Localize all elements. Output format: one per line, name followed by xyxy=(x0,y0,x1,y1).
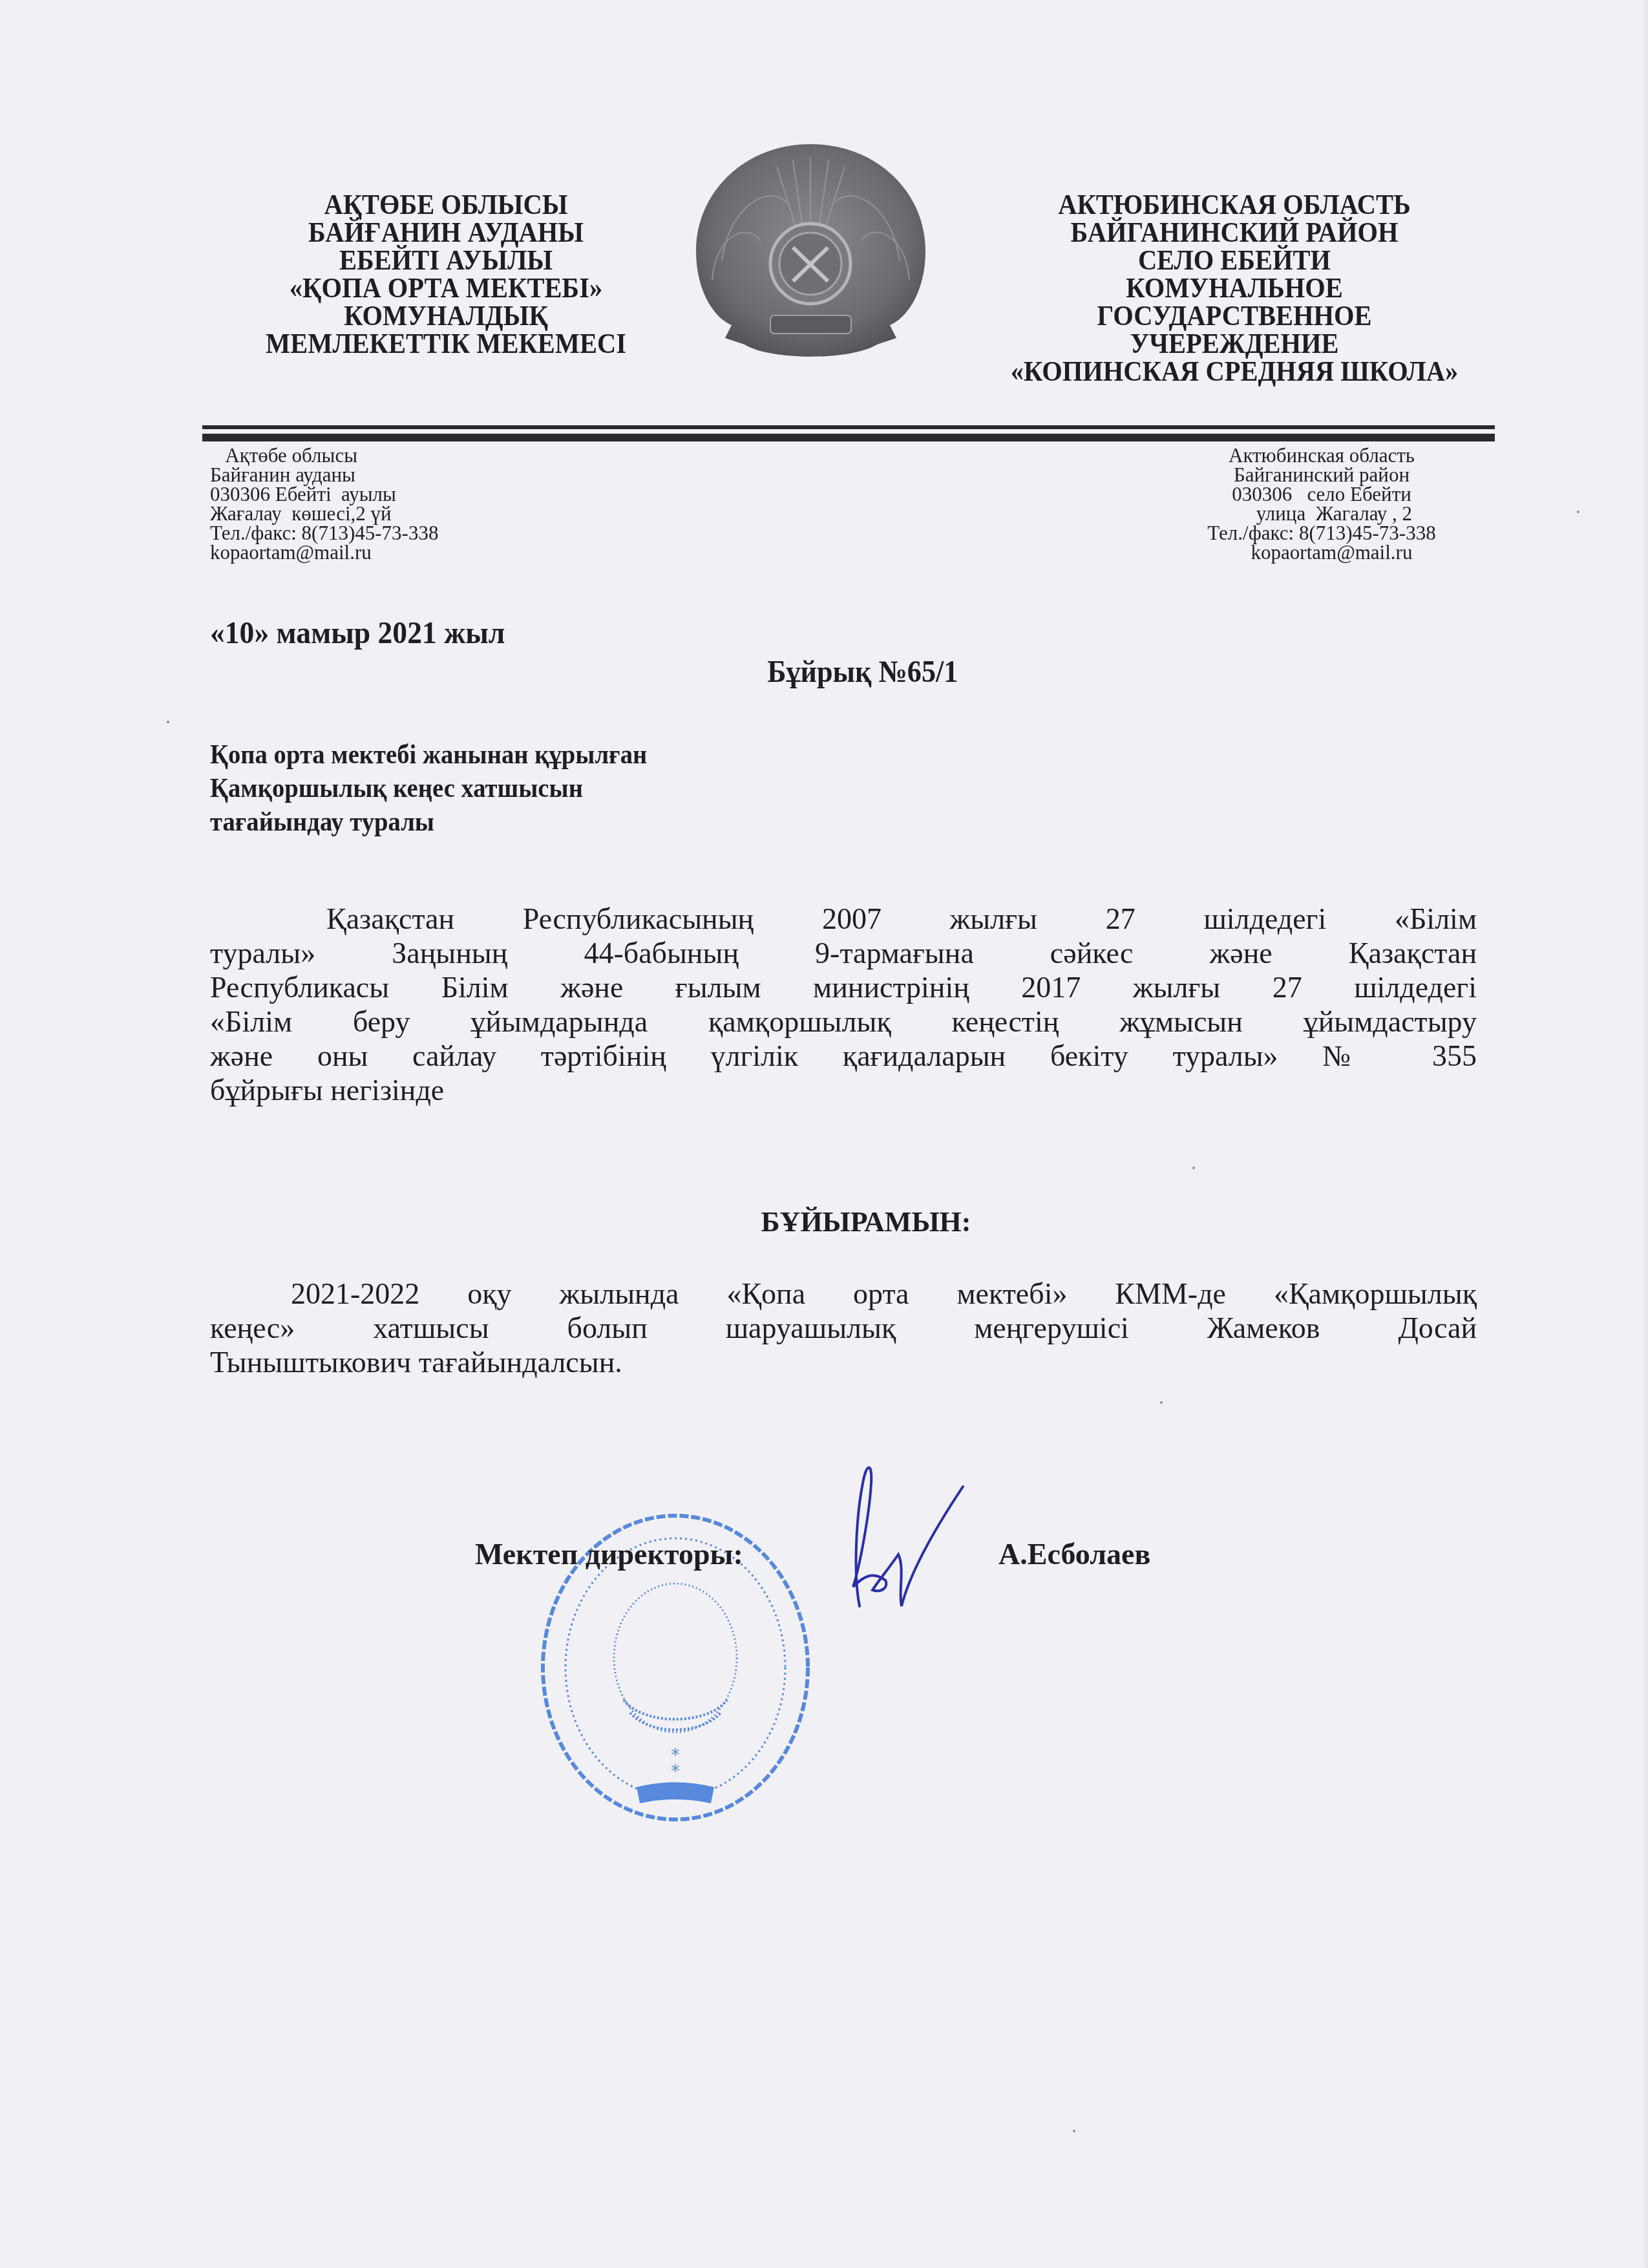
letterhead-line: СЕЛО ЕБЕЙТИ xyxy=(978,246,1490,274)
preamble-line: бұйрығы негізінде xyxy=(210,1073,1477,1107)
subject-line: Қопа орта мектебі жанынан құрылған xyxy=(210,738,647,772)
scan-speck xyxy=(1160,1401,1163,1404)
letterhead-russian: АКТЮБИНСКАЯ ОБЛАСТЬ БАЙГАНИНСКИЙ РАЙОН С… xyxy=(978,191,1490,385)
letterhead-line: АҚТӨБЕ ОБЛЫСЫ xyxy=(238,191,654,218)
letterhead-divider-thin xyxy=(202,425,1495,429)
letterhead-divider-thick xyxy=(202,434,1495,441)
scan-speck xyxy=(1577,511,1579,513)
letterhead-line: КОМУНАЛЬНОЕ xyxy=(978,274,1490,302)
address-line: Ақтөбе облысы xyxy=(210,446,438,465)
letterhead-line: БАЙГАНИНСКИЙ РАЙОН xyxy=(978,218,1490,246)
signature-icon xyxy=(834,1457,976,1613)
order-paragraph: 2021-2022 оқу жылында «Қопа орта мектебі… xyxy=(210,1277,1477,1379)
address-line: Актюбинская область xyxy=(1176,446,1467,465)
signatory-title: Мектеп директоры: xyxy=(475,1537,743,1571)
address-kazakh: Ақтөбе облысы Байғанин ауданы 030306 Ебе… xyxy=(210,446,438,562)
preamble-line: Республикасы Білім және ғылым министріні… xyxy=(210,970,1477,1004)
subject-line: Қамқоршылық кеңес хатшысын xyxy=(210,772,647,805)
address-line: Байғанин ауданы xyxy=(210,465,438,485)
letterhead-line: МЕМЛЕКЕТТІК МЕКЕМЕСІ xyxy=(238,330,654,357)
letterhead-line: «КОПИНСКАЯ СРЕДНЯЯ ШКОЛА» xyxy=(978,357,1490,385)
letterhead-line: КОМУНАЛДЫҚ xyxy=(238,302,654,330)
address-russian: Актюбинская область Байганинский район 0… xyxy=(1176,446,1467,562)
svg-text:*: * xyxy=(671,1761,680,1782)
address-line: Тел./факс: 8(713)45-73-338 xyxy=(210,524,438,543)
signatory-name: А.Есболаев xyxy=(998,1537,1150,1571)
address-line: Байганинский район xyxy=(1176,465,1467,485)
order-line: 2021-2022 оқу жылында «Қопа орта мектебі… xyxy=(210,1277,1477,1311)
preamble-line: және оны сайлау тәртібінің үлгілік қағид… xyxy=(210,1039,1477,1073)
address-email: kopaortam@mail.ru xyxy=(1176,543,1467,562)
order-line: кеңес» хатшысы болып шаруашылық меңгеруш… xyxy=(210,1311,1477,1345)
address-line: 030306 село Ебейти xyxy=(1176,485,1467,504)
scan-speck xyxy=(1073,2130,1075,2132)
letterhead-kazakh: АҚТӨБЕ ОБЛЫСЫ БАЙҒАНИН АУДАНЫ ЕБЕЙТІ АУЫ… xyxy=(238,191,654,357)
subject-line: тағайындау туралы xyxy=(210,805,647,839)
letterhead-line: ЕБЕЙТІ АУЫЛЫ xyxy=(238,246,654,274)
ordering-heading: БҰЙЫРАМЫН: xyxy=(0,1205,1648,1238)
preamble-line: Қазақстан Республикасының 2007 жылғы 27 … xyxy=(210,902,1477,936)
preamble-line: туралы» Заңының 44-бабының 9-тармағына с… xyxy=(210,936,1477,970)
address-line: 030306 Ебейті ауылы xyxy=(210,485,438,504)
order-line: Тыныштыкович тағайындалсын. xyxy=(210,1345,1477,1379)
page-edge xyxy=(1642,0,1648,2268)
scan-speck xyxy=(1192,1167,1195,1169)
scan-speck xyxy=(167,721,169,723)
preamble-paragraph: Қазақстан Республикасының 2007 жылғы 27 … xyxy=(210,902,1477,1107)
letterhead-line: БАЙҒАНИН АУДАНЫ xyxy=(238,218,654,246)
letterhead-line: УЧЕРЕЖДЕНИЕ xyxy=(978,330,1490,357)
letterhead-line: АКТЮБИНСКАЯ ОБЛАСТЬ xyxy=(978,191,1490,218)
address-line: улица Жагалау , 2 xyxy=(1176,504,1467,524)
address-line: Жағалау көшесі,2 үй xyxy=(210,504,438,524)
address-line: Тел./факс: 8(713)45-73-338 xyxy=(1176,524,1467,543)
order-subject: Қопа орта мектебі жанынан құрылған Қамқо… xyxy=(210,738,647,839)
order-title: Бұйрық №65/1 xyxy=(66,654,1582,690)
letterhead-line: ГОСУДАРСТВЕННОЕ xyxy=(978,302,1490,330)
document-date: «10» мамыр 2021 жыл xyxy=(210,615,505,651)
address-email: kopaortam@mail.ru xyxy=(210,543,438,562)
preamble-line: «Білім беру ұйымдарында қамқоршылық кеңе… xyxy=(210,1004,1477,1039)
state-emblem-icon xyxy=(683,131,938,370)
letterhead-line: «ҚОПА ОРТА МЕКТЕБІ» xyxy=(238,274,654,302)
